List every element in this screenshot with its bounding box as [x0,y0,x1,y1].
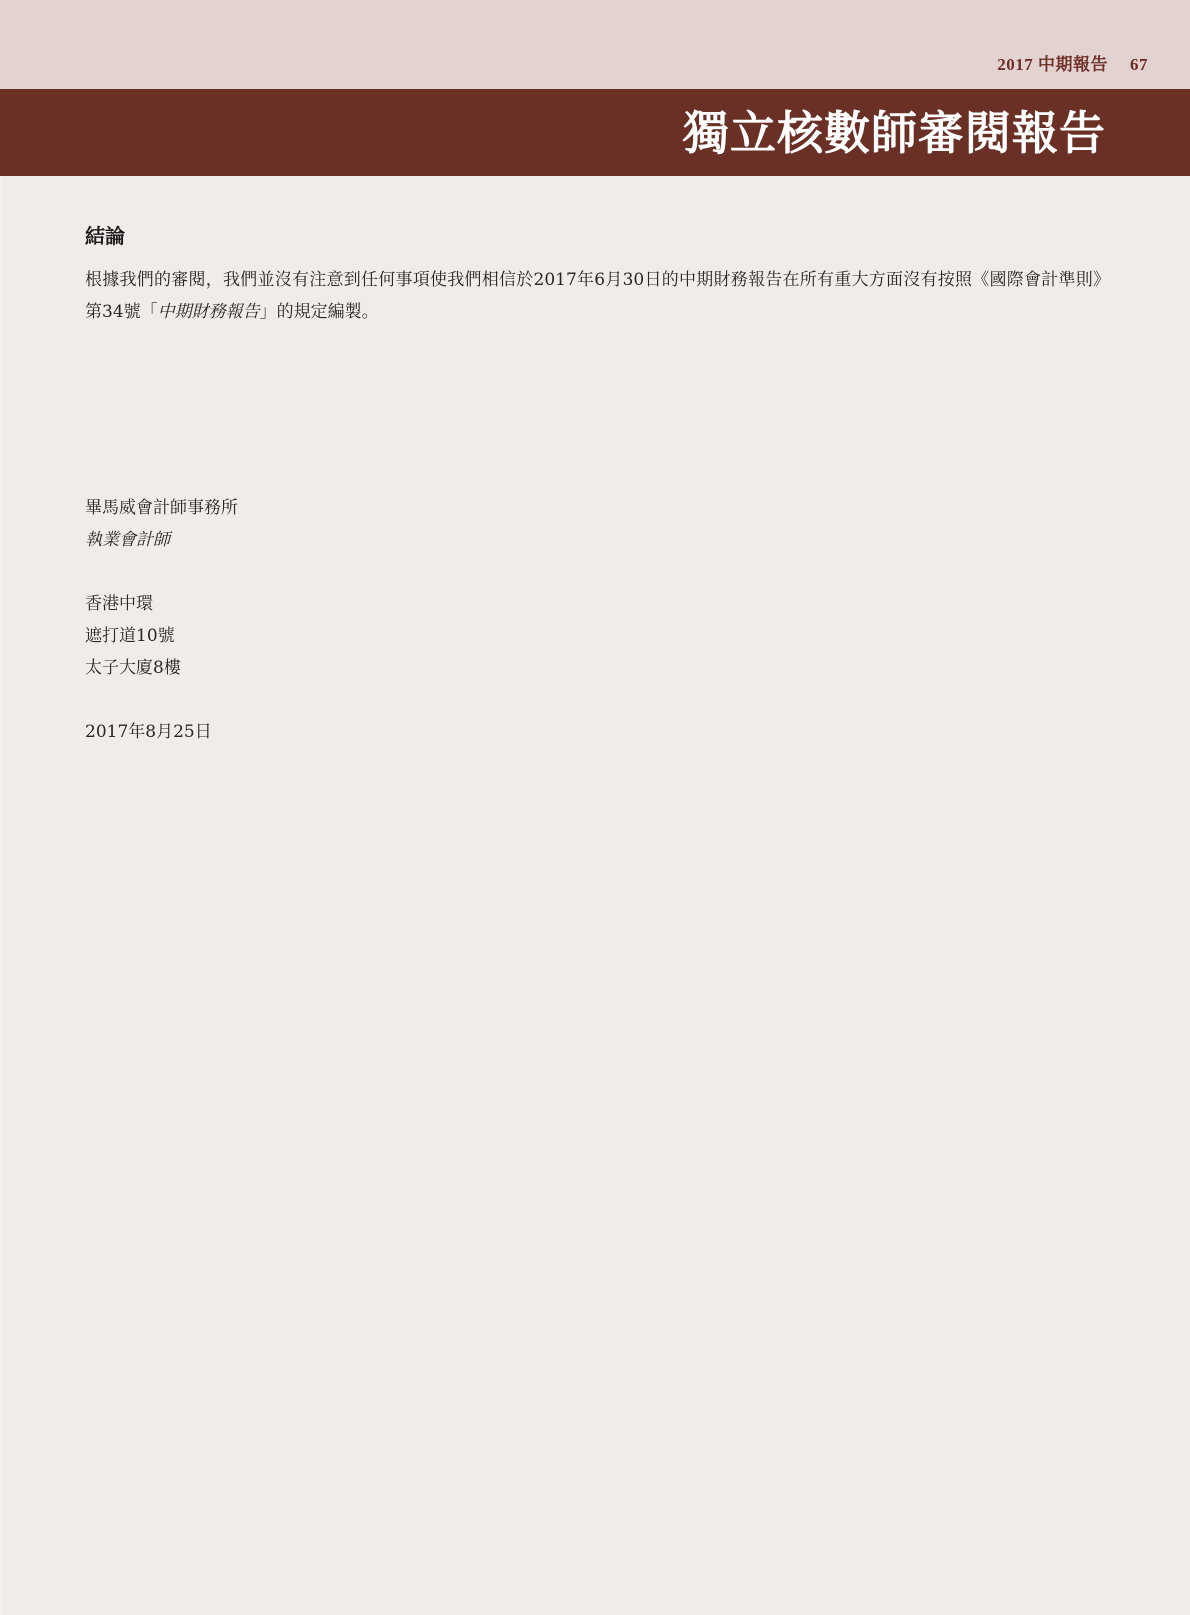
page-title: 獨立核數師審閱報告 [683,107,1106,159]
address-line: 太子大廈8樓 [85,652,238,684]
firm-title: 執業會計師 [85,524,238,556]
report-date: 2017年8月25日 [85,716,238,748]
address-line: 香港中環 [85,588,238,620]
top-band: 2017 中期報告67 [0,0,1190,89]
spacer [85,684,238,716]
page-edge [0,0,1,1615]
address-line: 遮打道10號 [85,620,238,652]
running-header: 2017 中期報告67 [997,50,1148,75]
conclusion-section: 結論 根據我們的審閱，我們並沒有注意到任何事項使我們相信於2017年6月30日的… [85,222,1110,328]
spacer [85,556,238,588]
paragraph-text-2: 」的規定編製。 [260,302,379,322]
title-banner: 獨立核數師審閱報告 [0,89,1190,176]
report-title: 2017 中期報告 [997,55,1108,74]
firm-name: 畢馬威會計師事務所 [85,492,238,524]
signature-block: 畢馬威會計師事務所 執業會計師 香港中環 遮打道10號 太子大廈8樓 2017年… [85,492,238,748]
conclusion-paragraph: 根據我們的審閱，我們並沒有注意到任何事項使我們相信於2017年6月30日的中期財… [85,264,1110,328]
section-heading: 結論 [85,222,1110,250]
page-number: 67 [1130,55,1148,74]
paragraph-italic-standard: 中期財務報告 [158,302,260,322]
